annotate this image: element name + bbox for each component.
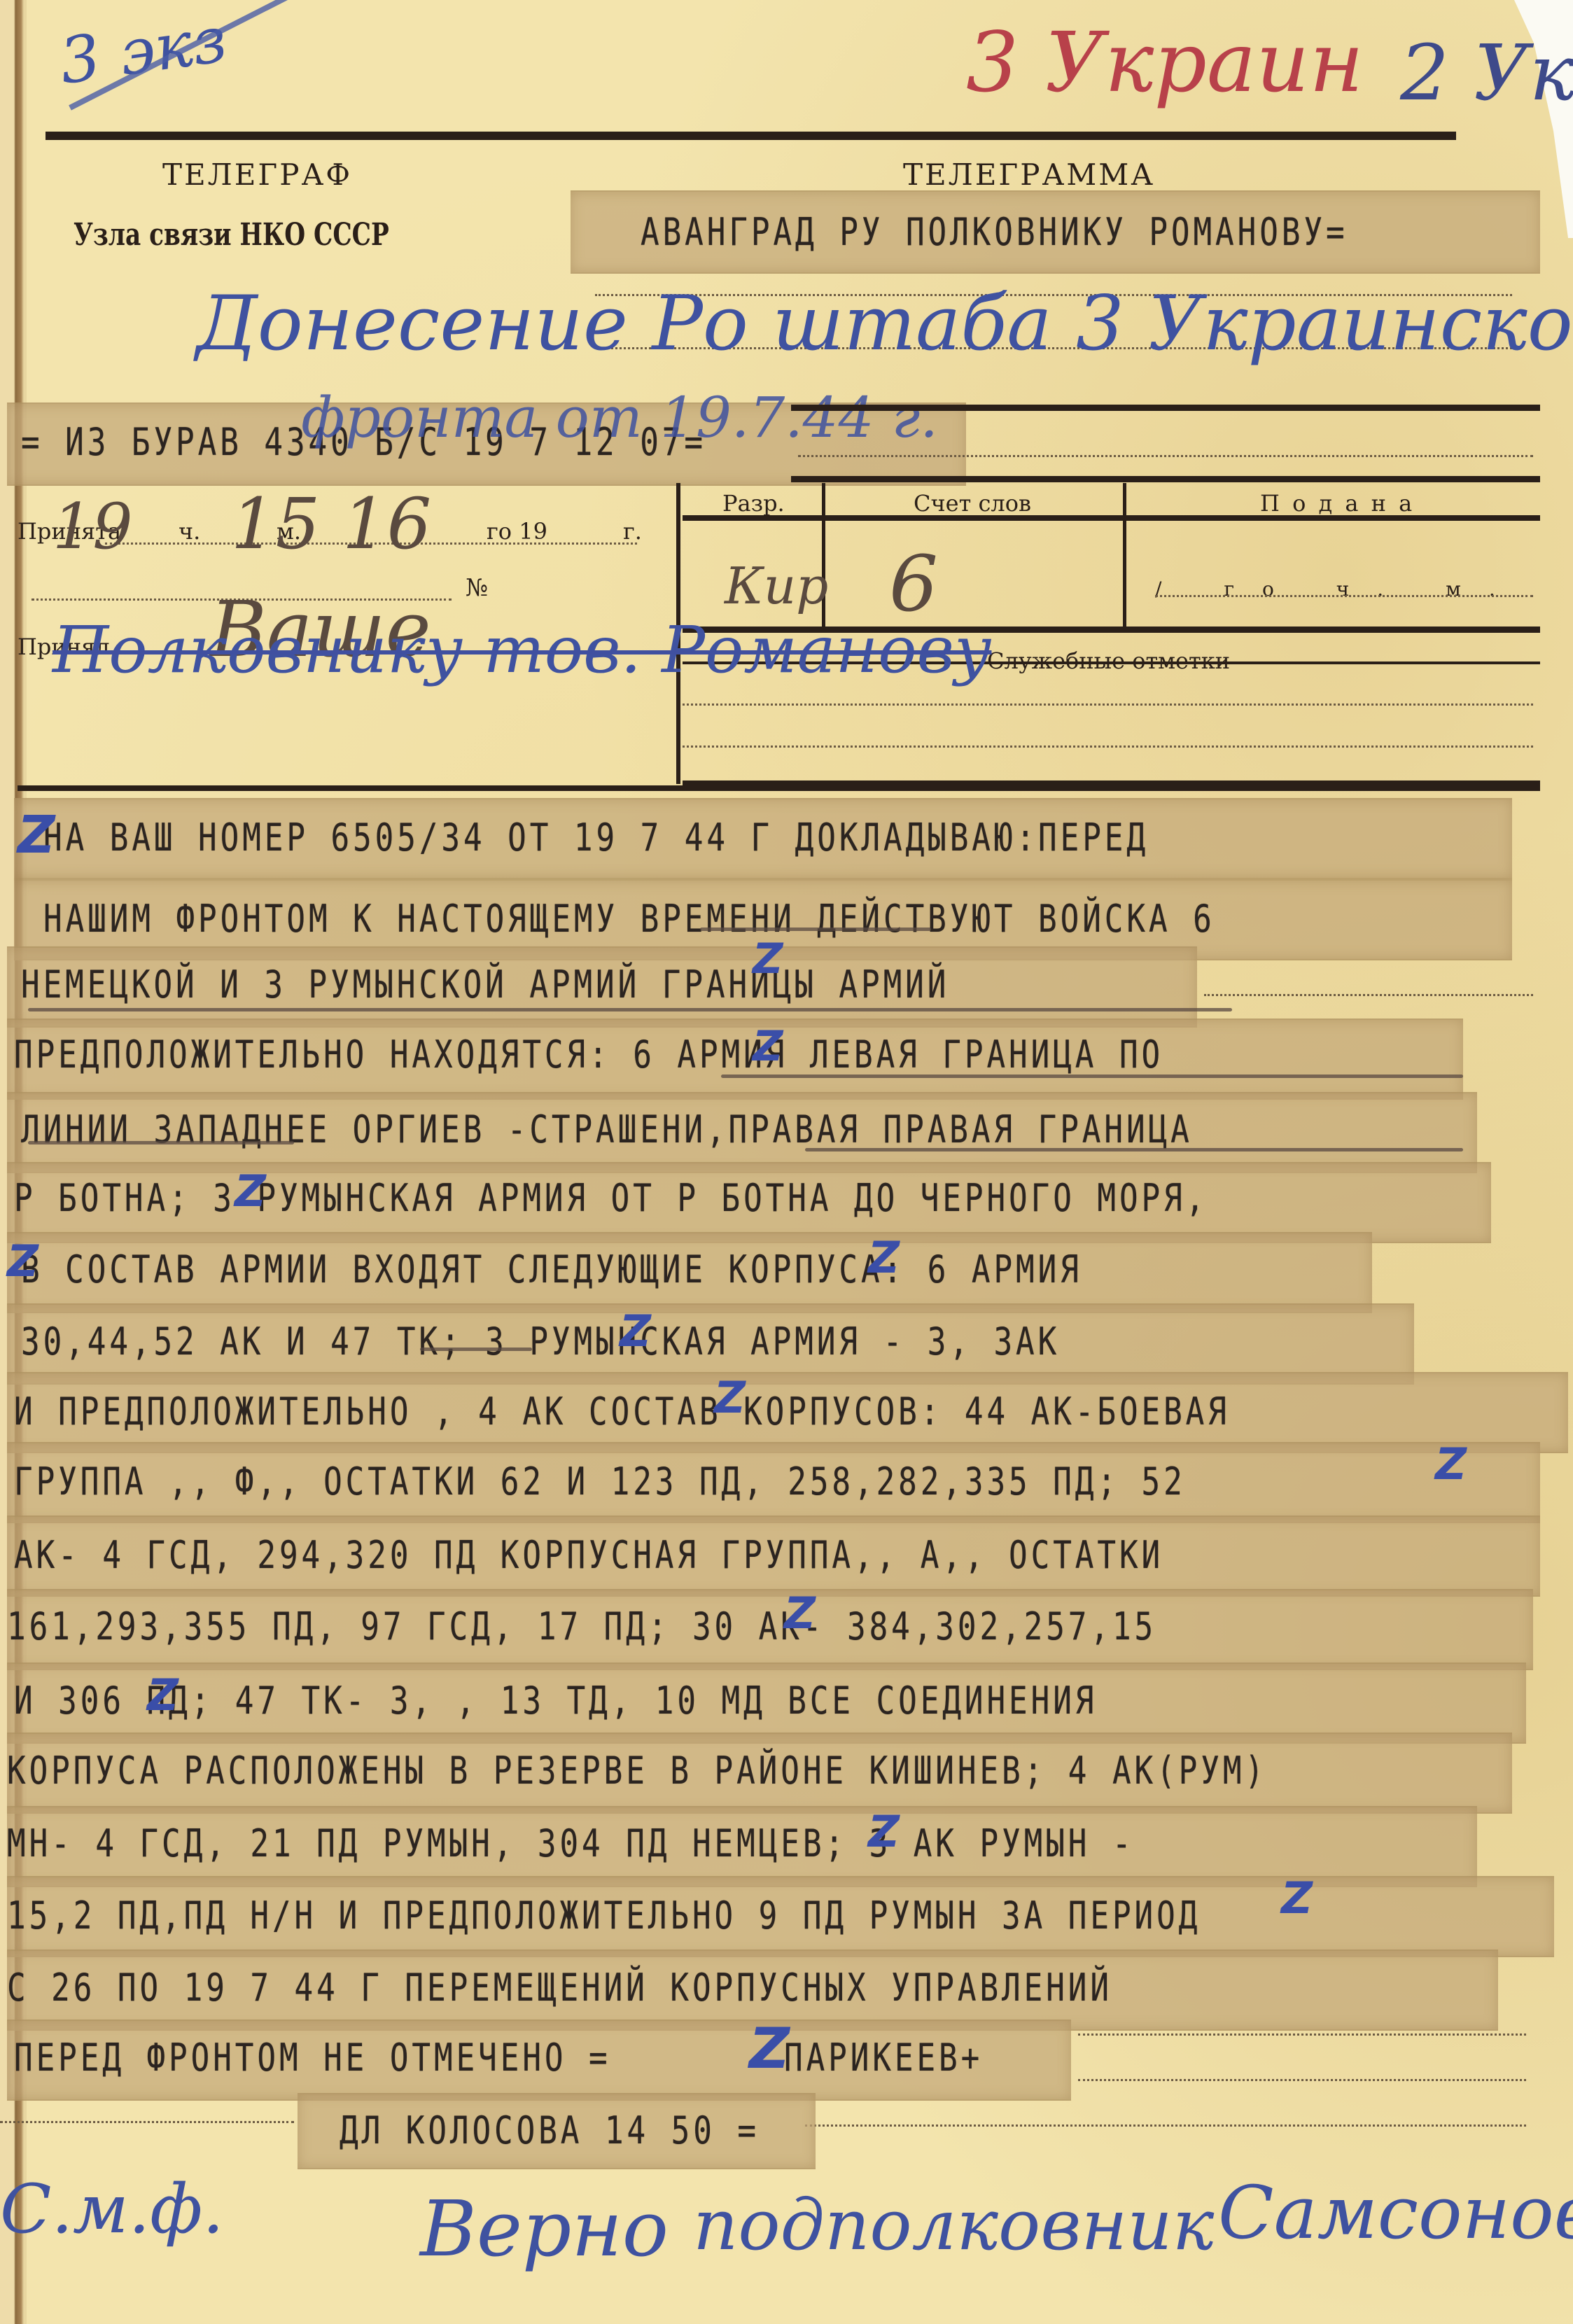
paragraph-mark: Z xyxy=(620,1305,651,1357)
signature-name: Самсонов xyxy=(1218,2170,1573,2255)
number-label: № xyxy=(466,574,488,602)
paragraph-mark: Z xyxy=(147,1669,179,1721)
telegraph-subtitle: Узла связи НКО СССР xyxy=(74,217,478,253)
telegram-title: ТЕЛЕГРАММА xyxy=(903,157,1155,192)
paragraph-mark: Z xyxy=(784,1588,816,1639)
date-label: го 19 xyxy=(487,518,547,545)
category-value: Кир xyxy=(725,556,828,615)
received-day-value: 19 xyxy=(53,490,133,563)
body-line-9: И ПРЕДПОЛОЖИТЕЛЬНО , 4 АК СОСТАВ КОРПУСО… xyxy=(14,1389,1230,1434)
body-line-1: НА ВАШ НОМЕР 6505/34 ОТ 19 7 44 Г ДОКЛАД… xyxy=(43,815,1149,860)
year-label: г. xyxy=(623,518,642,545)
body-line-10: ГРУППА ,, Ф,, ОСТАТКИ 62 И 123 ПД, 258,2… xyxy=(14,1459,1186,1504)
paragraph-mark: Z xyxy=(1281,1872,1313,1924)
pencil-underline xyxy=(420,1347,532,1351)
red-pencil-note: 3 Украин xyxy=(966,14,1364,111)
paragraph-mark: Z xyxy=(714,1372,746,1423)
report-header-handwriting: Донесение Ро штаба 3 Украинского xyxy=(196,280,1573,367)
body-line-15: МН- 4 ГСД, 21 ПД РУМЫН, 304 ПД НЕМЦЕВ; 3… xyxy=(7,1821,1135,1865)
body-line-8: 30,44,52 АК И 47 ТК; 3 РУМЫНСКАЯ АРМИЯ -… xyxy=(21,1319,1060,1364)
footer-note-left: С.м.ф. xyxy=(0,2170,224,2248)
body-line-11: АК- 4 ГСД, 294,320 ПД КОРПУСНАЯ ГРУППА,,… xyxy=(14,1533,1163,1577)
dotted-line xyxy=(805,2124,1526,2127)
notes-line-2 xyxy=(683,745,1533,748)
word-count-label: Счет слов xyxy=(914,490,1031,517)
paragraph-mark: Z xyxy=(753,1022,783,1071)
body-line-5: ЛИНИИ ЗАПАДНЕЕ ОРГИЕВ -СТРАШЕНИ,ПРАВАЯ П… xyxy=(21,1107,1193,1151)
rule xyxy=(791,476,1540,482)
telegram-page: 3 экз 3 Украин 2 Ук ТЕЛЕГРАФ Узла связи … xyxy=(0,0,1573,2324)
paragraph-mark: Z xyxy=(868,1806,900,1857)
service-notes-label: Служебные отметки xyxy=(987,647,1230,674)
paragraph-mark: Z xyxy=(7,1235,39,1287)
body-line-2: НАШИМ ФРОНТОМ К НАСТОЯЩЕМУ ВРЕМЕНИ ДЕЙСТ… xyxy=(43,897,1215,941)
body-line-18: ПЕРЕД ФРОНТОМ НЕ ОТМЕЧЕНО = xyxy=(14,2036,611,2080)
pencil-underline xyxy=(700,927,931,931)
body-top-rule xyxy=(18,785,1540,791)
dotted-line xyxy=(798,455,1533,457)
body-line-7: В СОСТАВ АРМИИ ВХОДЯТ СЛЕДУЮЩИЕ КОРПУСА:… xyxy=(21,1247,1082,1291)
category-label: Разр. xyxy=(722,490,785,517)
paragraph-mark: Z xyxy=(868,1232,900,1283)
addressee-handwriting: Полковнику тов. Романову xyxy=(53,612,991,687)
address-text: АВАНГРАД РУ ПОЛКОВНИКУ РОМАНОВУ= xyxy=(641,210,1348,254)
notes-line-1 xyxy=(683,703,1533,706)
body-line-16: 15,2 ПД,ПД Н/Н И ПРЕДПОЛОЖИТЕЛЬНО 9 ПД Р… xyxy=(7,1893,1201,1938)
paragraph-mark: Z xyxy=(235,1165,266,1217)
dotted-line xyxy=(1204,994,1533,996)
blue-pencil-note: 2 Ук xyxy=(1400,28,1573,118)
rule xyxy=(791,405,1540,411)
submitted-dots xyxy=(1155,595,1533,597)
top-rule xyxy=(46,132,1456,140)
paragraph-mark: Z xyxy=(753,934,783,983)
body-line-6: Р БОТНА; 3 РУМЫНСКАЯ АРМИЯ ОТ Р БОТНА ДО… xyxy=(14,1176,1208,1220)
body-line-17: С 26 ПО 19 7 44 Г ПЕРЕМЕЩЕНИЙ КОРПУСНЫХ … xyxy=(7,1966,1112,2010)
pencil-underline xyxy=(28,1008,1232,1011)
copies-note: 3 экз xyxy=(55,3,231,99)
body-line-14: КОРПУСА РАСПОЛОЖЕНЫ В РЕЗЕРВЕ В РАЙОНЕ К… xyxy=(7,1749,1267,1793)
pencil-underline xyxy=(28,1141,294,1144)
date-handwriting: фронта от 19.7.44 г. xyxy=(301,385,938,450)
paragraph-mark: Z xyxy=(1435,1438,1467,1490)
telegraph-title: ТЕЛЕГРАФ xyxy=(162,157,352,192)
paragraph-mark: Z xyxy=(749,2016,790,2081)
paragraph-mark: Z xyxy=(18,805,55,865)
dotted-line xyxy=(1078,2033,1526,2036)
body-line-3: НЕМЕЦКОЙ И 3 РУМЫНСКОЙ АРМИЙ ГРАНИЦЫ АРМ… xyxy=(21,962,949,1007)
body-line-4: ПРЕДПОЛОЖИТЕЛЬНО НАХОДЯТСЯ: 6 АРМИЯ ЛЕВА… xyxy=(14,1032,1163,1077)
rank-note: подполковник xyxy=(693,2184,1214,2266)
dotted-line xyxy=(1078,2079,1526,2081)
received-time-value: 15 16 xyxy=(231,483,431,565)
rule xyxy=(1123,483,1126,630)
body-line-12: 161,293,355 ПД, 97 ГСД, 17 ПД; 30 АК- 38… xyxy=(7,1604,1156,1648)
hour-label: ч. xyxy=(179,518,200,545)
submitted-fields: / го ч. м. xyxy=(1155,577,1523,601)
certified-note: Верно xyxy=(420,2184,669,2274)
submitted-label: П о д а н а xyxy=(1260,490,1415,517)
sender-name: ПАРИКЕЕВ+ xyxy=(784,2036,983,2080)
pencil-underline xyxy=(721,1074,1463,1078)
closing-text: ДЛ КОЛОСОВА 14 50 = xyxy=(340,2108,760,2152)
pencil-underline xyxy=(805,1148,1463,1151)
dotted-line xyxy=(0,2121,294,2123)
